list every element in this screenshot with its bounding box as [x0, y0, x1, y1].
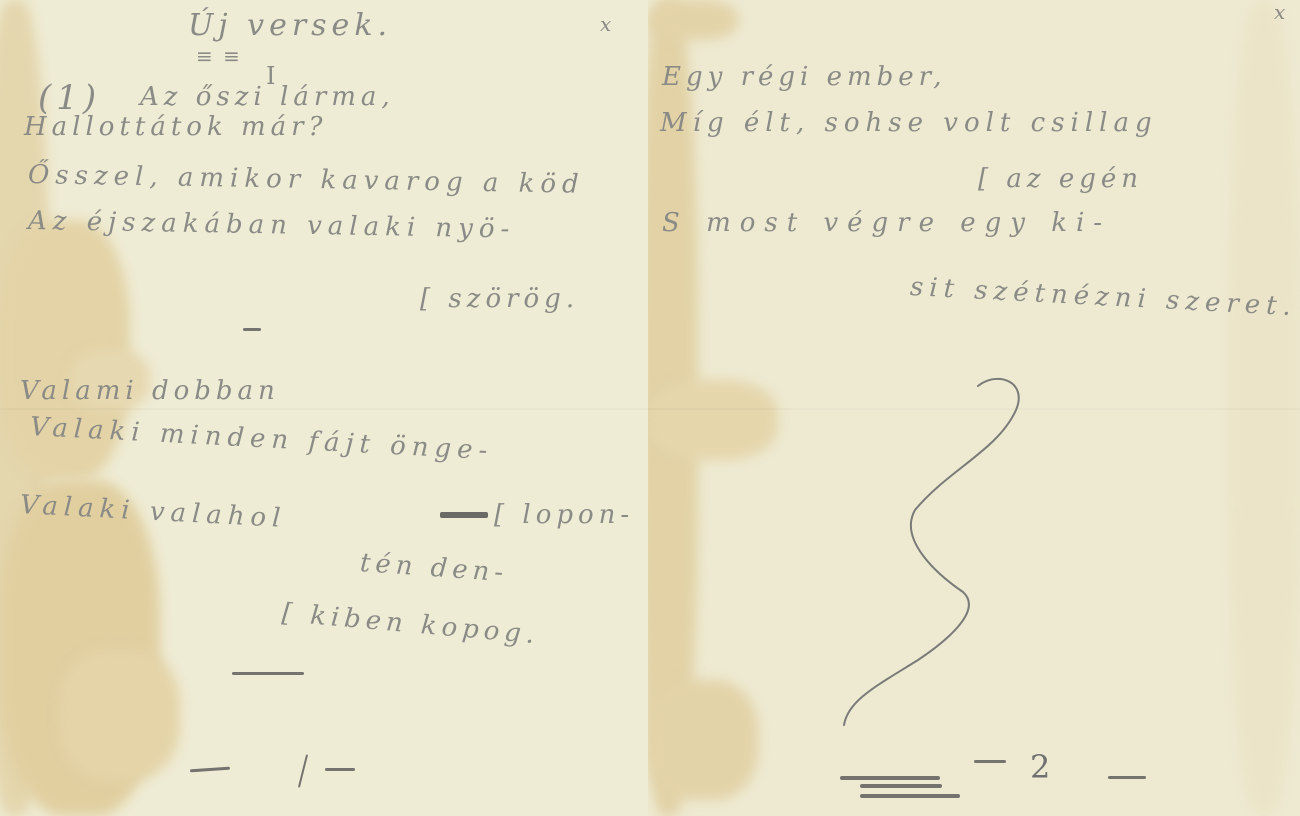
water-stain: [60, 650, 180, 780]
divider-line: [232, 672, 304, 675]
page-number-digit: [298, 754, 308, 787]
crossed-out-scribble: [860, 784, 942, 788]
crossed-out-word: [440, 512, 488, 518]
page-number-dash-right: [1108, 776, 1146, 779]
crossed-out-scribble: [860, 794, 960, 798]
page-title: Új versek.: [188, 8, 392, 43]
wavy-line-drawing: [648, 0, 1300, 816]
poem-line: [ lopon-: [494, 500, 634, 530]
title-underline-marks: ≡ ≡: [196, 44, 242, 68]
page-number-digit: 2: [1030, 748, 1055, 786]
poem-line: Valami dobban: [20, 376, 280, 406]
poem-line: Ősszel, amikor kavarog a köd: [28, 160, 585, 200]
paper-fold: [0, 408, 648, 410]
page-number-dash-left: [974, 760, 1006, 763]
divider-dash: [243, 328, 261, 331]
poem-line: tén den-: [359, 548, 509, 588]
manuscript-page-2: x Egy régi ember, Míg élt, sohse volt cs…: [648, 0, 1300, 816]
poem-line: [ szörög.: [420, 284, 579, 314]
poem-line: [ kiben kopog.: [281, 598, 541, 650]
poem-line: Hallottátok már?: [24, 112, 328, 142]
page-number-dash-right: [325, 768, 355, 771]
crossed-out-scribble: [840, 776, 940, 780]
poem-line: Az őszi lárma,: [140, 82, 395, 112]
manuscript-page-1: x Új versek. ≡ ≡ I (1) Az őszi lárma, Ha…: [0, 0, 648, 816]
page-number-dash-left: [190, 767, 230, 773]
corner-mark: x: [600, 12, 614, 36]
